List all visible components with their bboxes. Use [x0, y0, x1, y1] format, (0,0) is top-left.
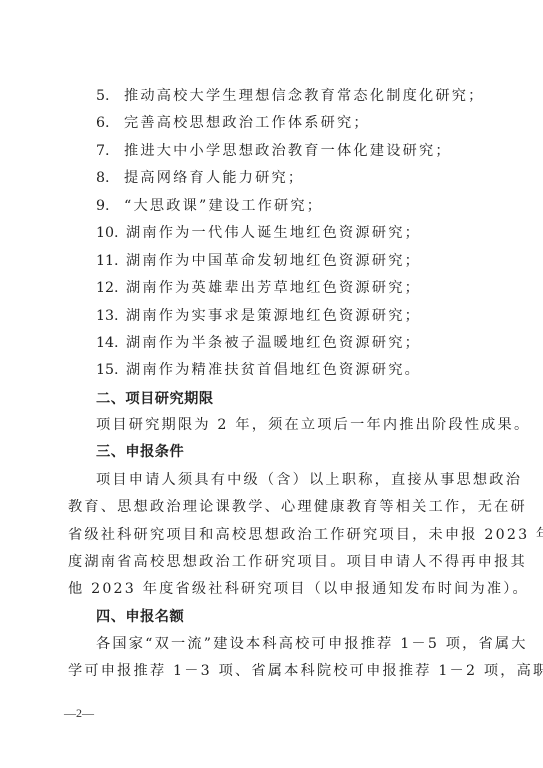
paragraph-line: 各国家“双一流”建设本科高校可申报推荐 1－5 项，省属大: [96, 634, 488, 654]
item-number: 6.: [96, 113, 124, 133]
item-text: 推进大中小学思想政治教育一体化建设研究；: [124, 143, 452, 159]
list-item: 10.湖南作为一代伟人诞生地红色资源研究；: [96, 223, 488, 243]
list-item: 11.湖南作为中国革命发轫地红色资源研究；: [96, 251, 488, 271]
item-number: 15.: [96, 360, 126, 380]
section-heading-duration: 二、项目研究期限: [96, 389, 488, 409]
item-number: 12.: [96, 278, 126, 298]
section-heading-quota: 四、申报名额: [96, 607, 488, 627]
item-text: 推动高校大学生理想信念教育常态化制度化研究；: [124, 88, 485, 104]
item-text: 湖南作为实事求是策源地红色资源研究；: [126, 308, 421, 324]
item-number: 14.: [96, 333, 126, 353]
list-item: 6.完善高校思想政治工作体系研究；: [96, 113, 488, 133]
list-item: 12.湖南作为英雄辈出芳草地红色资源研究；: [96, 278, 488, 298]
item-text: 湖南作为一代伟人诞生地红色资源研究；: [126, 225, 421, 241]
page-number: —2—: [64, 706, 94, 721]
list-item: 8.提高网络育人能力研究；: [96, 168, 488, 188]
list-item: 13.湖南作为实事求是策源地红色资源研究；: [96, 306, 488, 326]
section-heading-conditions: 三、申报条件: [96, 442, 488, 462]
list-item: 5.推动高校大学生理想信念教育常态化制度化研究；: [96, 86, 488, 106]
item-text: 提高网络育人能力研究；: [124, 170, 304, 186]
list-item: 9.“大思政课”建设工作研究；: [96, 196, 488, 216]
item-number: 8.: [96, 168, 124, 188]
item-number: 9.: [96, 196, 124, 216]
item-text: “大思政课”建设工作研究；: [124, 198, 323, 214]
paragraph-line: 度湖南省高校思想政治工作研究项目。项目申请人不得再申报其: [68, 552, 488, 572]
paragraph-line: 省级社科研究项目和高校思想政治工作研究项目，未申报 2023 年: [68, 525, 488, 545]
paragraph-line: 他 2023 年度省级社科研究项目（以申报通知发布时间为准）。: [68, 579, 488, 599]
paragraph-line: 教育、思想政治理论课教学、心理健康教育等相关工作，无在研: [68, 497, 488, 517]
item-text: 湖南作为中国革命发轫地红色资源研究；: [126, 253, 421, 269]
list-item: 7.推进大中小学思想政治教育一体化建设研究；: [96, 141, 488, 161]
item-number: 13.: [96, 306, 126, 326]
item-number: 11.: [96, 251, 126, 271]
paragraph-line: 项目研究期限为 2 年，须在立项后一年内推出阶段性成果。: [96, 415, 488, 435]
list-item: 14.湖南作为半条被子温暖地红色资源研究；: [96, 333, 488, 353]
item-number: 5.: [96, 86, 124, 106]
list-item: 15.湖南作为精准扶贫首倡地红色资源研究。: [96, 360, 488, 380]
paragraph-line: 项目申请人须具有中级（含）以上职称，直接从事思想政治: [96, 470, 488, 490]
item-number: 7.: [96, 141, 124, 161]
item-text: 完善高校思想政治工作体系研究；: [124, 115, 370, 131]
item-text: 湖南作为英雄辈出芳草地红色资源研究；: [126, 280, 421, 296]
paragraph-line: 学可申报推荐 1－3 项、省属本科院校可申报推荐 1－2 项，高职: [68, 661, 488, 681]
item-number: 10.: [96, 223, 126, 243]
item-text: 湖南作为半条被子温暖地红色资源研究；: [126, 335, 421, 351]
item-text: 湖南作为精准扶贫首倡地红色资源研究。: [126, 362, 421, 378]
